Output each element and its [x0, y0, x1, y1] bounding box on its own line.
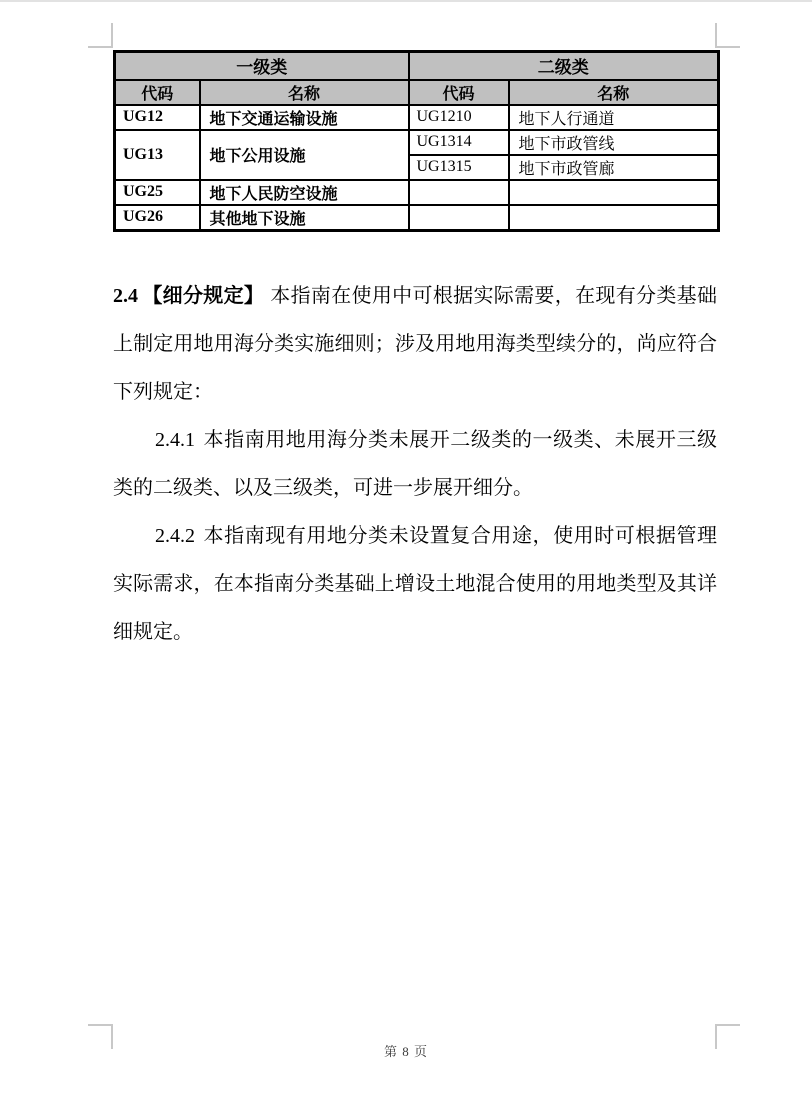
clause-number: 2.4.1	[155, 429, 195, 451]
cell-l1-name: 地下交通运输设施	[200, 105, 409, 130]
subheader-l1-code: 代码	[115, 80, 200, 105]
cell-l2-code: UG1314	[409, 130, 509, 155]
paragraph-2-4-1: 2.4.1本指南用地用海分类未展开二级类的一级类、未展开三级类的二级类、以及三级…	[113, 416, 717, 512]
cell-l2-name	[509, 205, 719, 231]
paragraph-2-4: 2.4【细分规定】本指南在使用中可根据实际需要，在现有分类基础上制定用地用海分类…	[113, 272, 717, 416]
page-top-edge	[0, 0, 812, 2]
text-boundary-mark-top-left	[88, 23, 113, 48]
cell-l1-name: 地下公用设施	[200, 130, 409, 180]
paragraph-2-4-2: 2.4.2本指南现有用地分类未设置复合用途，使用时可根据管理实际需求，在本指南分…	[113, 512, 717, 656]
classification-table: 一级类 二级类 代码 名称 代码 名称 UG12 地下交通运输设施 UG1210…	[113, 50, 720, 232]
table-group-header-row: 一级类 二级类	[115, 52, 719, 80]
clause-title: 【细分规定】	[142, 285, 264, 307]
cell-l2-code	[409, 180, 509, 205]
cell-l2-name: 地下市政管线	[509, 130, 719, 155]
cell-l1-name: 地下人民防空设施	[200, 180, 409, 205]
cell-l1-code: UG12	[115, 105, 200, 130]
page-footer: 第 8 页	[0, 1041, 812, 1060]
cell-l1-name: 其他地下设施	[200, 205, 409, 231]
header-level2-class: 二级类	[409, 52, 719, 80]
cell-l2-code: UG1210	[409, 105, 509, 130]
clause-number: 2.4	[113, 285, 138, 307]
document-page: 一级类 二级类 代码 名称 代码 名称 UG12 地下交通运输设施 UG1210…	[0, 0, 812, 1110]
subheader-l2-name: 名称	[509, 80, 719, 105]
clause-number: 2.4.2	[155, 525, 195, 547]
table-row: UG13 地下公用设施 UG1314 地下市政管线	[115, 130, 719, 155]
cell-l1-code: UG25	[115, 180, 200, 205]
table-subheader-row: 代码 名称 代码 名称	[115, 80, 719, 105]
table-row: UG26 其他地下设施	[115, 205, 719, 231]
table-row: UG25 地下人民防空设施	[115, 180, 719, 205]
cell-l2-name: 地下人行通道	[509, 105, 719, 130]
cell-l2-code	[409, 205, 509, 231]
cell-l1-code: UG26	[115, 205, 200, 231]
table-row: UG12 地下交通运输设施 UG1210 地下人行通道	[115, 105, 719, 130]
clause-body: 本指南现有用地分类未设置复合用途，使用时可根据管理实际需求，在本指南分类基础上增…	[113, 525, 717, 643]
subheader-l2-code: 代码	[409, 80, 509, 105]
cell-l2-code: UG1315	[409, 155, 509, 180]
header-level1-class: 一级类	[115, 52, 409, 80]
cell-l1-code: UG13	[115, 130, 200, 180]
subheader-l1-name: 名称	[200, 80, 409, 105]
clause-body: 本指南用地用海分类未展开二级类的一级类、未展开三级类的二级类、以及三级类，可进一…	[113, 429, 717, 499]
cell-l2-name	[509, 180, 719, 205]
cell-l2-name: 地下市政管廊	[509, 155, 719, 180]
body-text: 2.4【细分规定】本指南在使用中可根据实际需要，在现有分类基础上制定用地用海分类…	[113, 272, 717, 656]
text-boundary-mark-top-right	[715, 23, 740, 48]
